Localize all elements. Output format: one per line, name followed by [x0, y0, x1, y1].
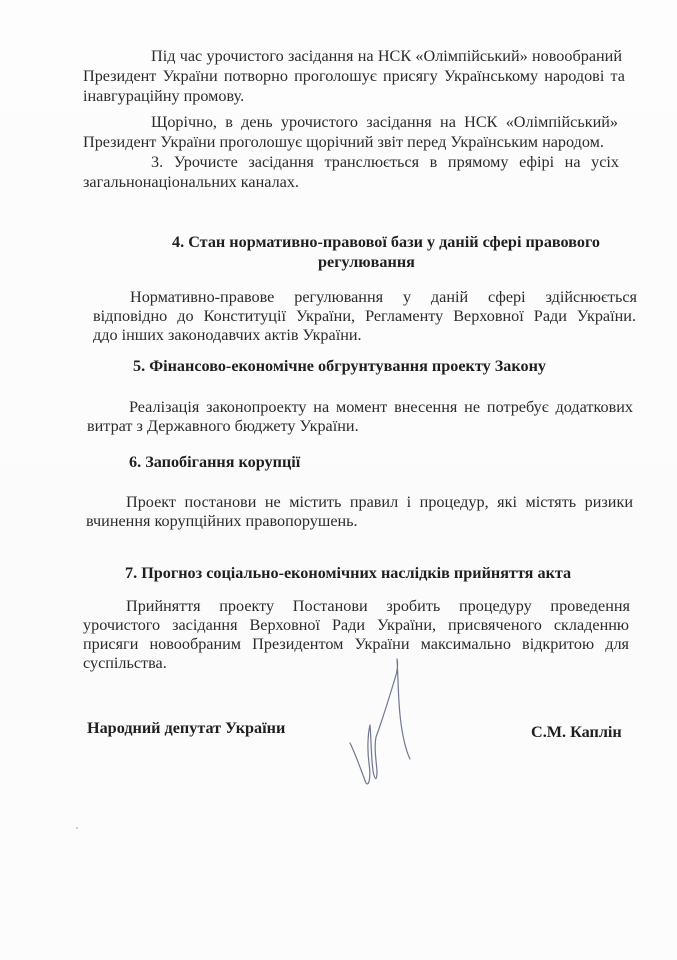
intro-p2-line-2: Президент України проголошує щорічний зв… [83, 133, 604, 152]
section-7-body-line-2: урочистого засідання Верховної Ради Укра… [83, 616, 629, 635]
section-4-body-line-1: Нормативно-правове регулювання у даній с… [130, 288, 637, 307]
section-7-body-line-1: Прийняття проекту Постанови зробить проц… [126, 597, 630, 616]
intro-p3-line-2: загальнонаціональних каналах. [83, 173, 299, 192]
section-7-heading: 7. Прогноз соціально-економічних наслідк… [125, 564, 571, 583]
intro-p1-line-3: інавгураційну промову. [83, 87, 244, 106]
section-5-body-line-2: витрат з Державного бюджету України. [87, 417, 359, 436]
section-4-heading-line-1: 4. Стан нормативно-правової бази у даній… [172, 233, 600, 252]
signatory-name: С.М. Каплін [531, 723, 622, 742]
section-7-body-line-3: присяги новообраним Президентом України … [83, 635, 629, 654]
section-6-body-line-2: вчинення корупційних правопорушень. [86, 512, 358, 531]
signatory-title: Народний депутат України [87, 719, 285, 738]
section-6-body-line-1: Проект постанови не містить правил і про… [126, 493, 633, 512]
intro-p1-line-2: Президент України потворно проголошує пр… [83, 67, 625, 86]
section-4-body-line-3: ддо інших законодавчих актів України. [93, 326, 362, 345]
section-5-heading: 5. Фінансово-економічне обгрунтування пр… [133, 357, 546, 376]
scan-speck [76, 827, 78, 829]
section-4-heading-line-2: регулювання [318, 253, 415, 272]
section-6-heading: 6. Запобігання корупції [129, 453, 300, 472]
intro-p1-line-1: Під час урочистого засідання на НСК «Олі… [151, 47, 622, 66]
intro-p2-line-1: Щорічно, в день урочистого засідання на … [151, 113, 618, 132]
section-4-body-line-2: відповідно до Конституції України, Регла… [93, 307, 636, 326]
section-5-body-line-1: Реалізація законопроекту на момент внесе… [129, 398, 633, 417]
intro-p3-line-1: 3. Урочисте засідання транслюється в пря… [151, 153, 619, 172]
section-7-body-line-4: суспільства. [83, 654, 167, 673]
handwritten-signature-icon [340, 655, 420, 790]
document-page: Під час урочистого засідання на НСК «Олі… [0, 0, 677, 960]
